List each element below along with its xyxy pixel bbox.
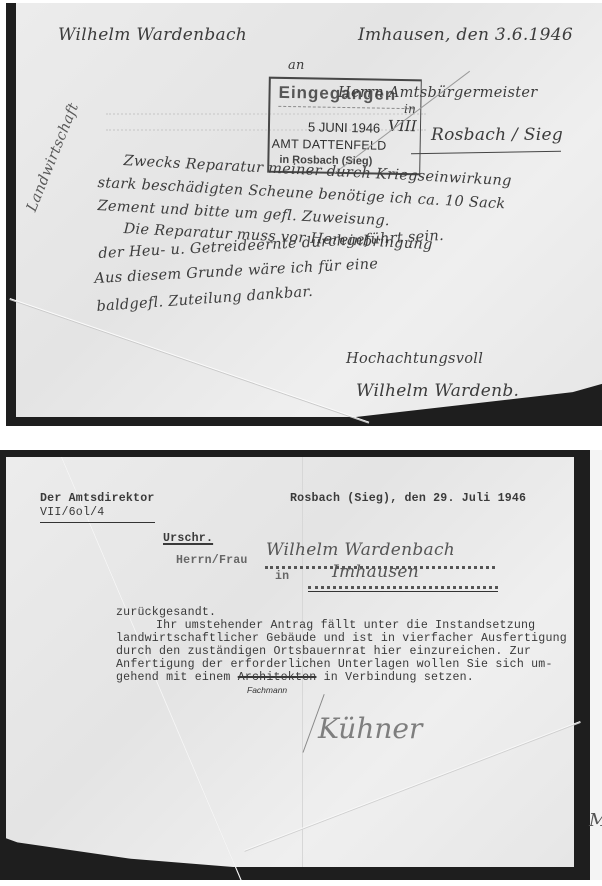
handwritten-letter-scan: Wilhelm Wardenbach Imhausen, den 3.6.194… [6, 3, 602, 426]
in-label: in [275, 570, 289, 583]
addressee-line-3: Rosbach / Sieg [431, 125, 563, 145]
place-underline [308, 591, 498, 592]
stamp-rule [278, 106, 414, 109]
notice-signature: Kühner [318, 712, 422, 745]
notice-body-line: landwirtschaftlicher Gebäude und ist in … [116, 632, 567, 645]
letter-sender: Wilhelm Wardenbach [58, 25, 247, 45]
stamp-mark: VIII [388, 117, 417, 135]
letter-place-date: Imhausen, den 3.6.1946 [358, 25, 573, 45]
struck-word: Architekten [238, 671, 317, 684]
notice-place-date: Rosbach (Sieg), den 29. Juli 1946 [290, 492, 526, 505]
notice-authority: Der Amtsdirektor [40, 492, 155, 505]
notice-last-line: gehend mit einem Architekten in Verbindu… [116, 671, 474, 684]
reference-underline [40, 522, 155, 523]
notice-body-line: durch den zuständigen Ortsbauernrat hier… [116, 645, 531, 658]
letter-signature: Wilhelm Wardenb. [356, 381, 519, 401]
addressee-prefix: an [288, 58, 305, 73]
returned-text: zurückgesandt. [116, 606, 216, 619]
stamp-date: 5 JUNI 1946 [308, 119, 381, 135]
handwritten-correction: Fachmann [247, 685, 287, 695]
notice-body-line: Anfertigung der erforderlichen Unterlage… [116, 658, 553, 671]
original-label: Urschr. [163, 532, 213, 545]
notice-reference: VII/6ol/4 [40, 506, 104, 519]
last-line-suffix: in Verbindung setzen. [324, 671, 474, 684]
recipient-place: Imhausen [332, 562, 419, 582]
last-line-prefix: gehend mit einem [116, 671, 231, 684]
notice-body-line: Ihr umstehender Antrag fällt unter die I… [116, 619, 535, 632]
salutation-label: Herrn/Frau [176, 554, 248, 567]
edge-mark: Mi [589, 810, 602, 831]
letter-closing: Hochachtungsvoll [346, 351, 483, 367]
place-dotted-line [308, 586, 498, 589]
typed-notice-scan: Der Amtsdirektor VII/6ol/4 Rosbach (Sieg… [0, 450, 602, 880]
recipient-name: Wilhelm Wardenbach [266, 540, 455, 560]
